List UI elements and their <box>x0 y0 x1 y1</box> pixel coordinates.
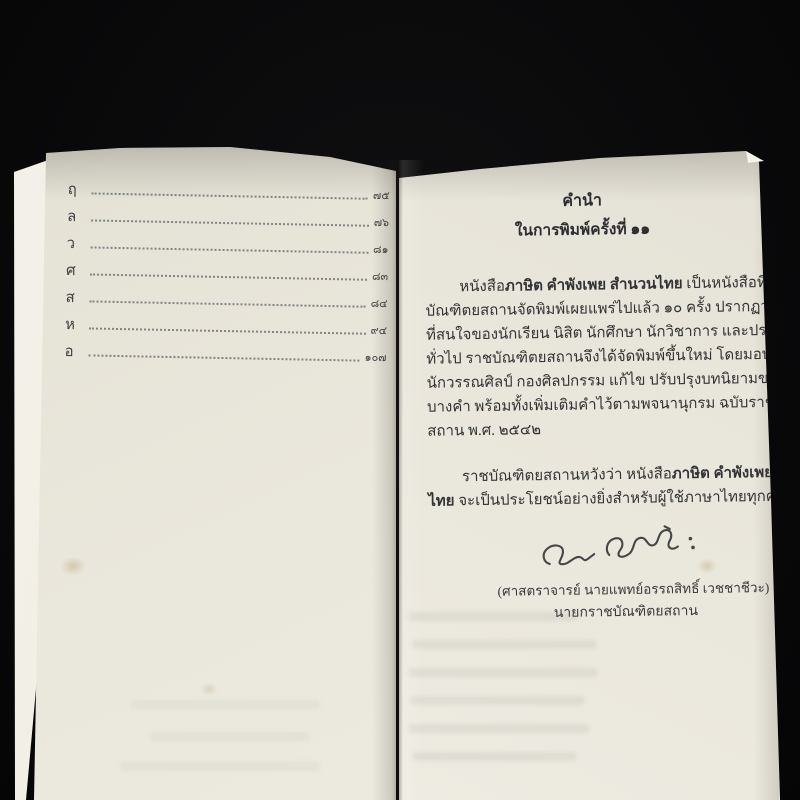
showthrough-text <box>408 724 590 733</box>
toc-letter: ล <box>67 208 83 226</box>
page-stain <box>200 682 218 696</box>
toc-dotted-leader <box>89 327 366 334</box>
toc-letter: ว <box>66 235 82 253</box>
signature <box>534 521 717 579</box>
paragraph-line: ไทย จะเป็นประโยชน์อย่างยิ่งสำหรับผู้ใช้ภ… <box>428 485 750 513</box>
toc-dotted-leader <box>91 246 369 253</box>
toc-letter: ฤ <box>67 181 83 199</box>
preface-content: คำนำ ในการพิมพ์ครั้งที่ ๑๑ หนังสือภาษิต … <box>406 187 764 628</box>
toc-dotted-leader <box>91 219 369 226</box>
showthrough-text <box>408 612 578 621</box>
toc-dotted-leader <box>88 354 359 361</box>
toc-letter: ศ <box>66 262 82 280</box>
paragraph-line: สถาน พ.ศ. ๒๕๔๒ <box>427 415 749 443</box>
showthrough-text <box>150 732 310 741</box>
gutter-shadow <box>372 160 424 800</box>
toc-letter: ห <box>65 316 81 334</box>
toc-dotted-leader <box>89 300 365 307</box>
preface-subtitle: ในการพิมพ์ครั้งที่ ๑๑ <box>406 215 758 246</box>
toc-row: อ๑๐๗ <box>64 334 386 367</box>
showthrough-text <box>408 668 598 677</box>
showthrough-text <box>412 640 597 649</box>
showthrough-text <box>410 696 585 705</box>
preface-paragraph-1: หนังสือภาษิต คำพังเพย สำนวนไทย เป็นหนังส… <box>407 271 749 444</box>
table-of-contents: ฤ๗๕ล๗๖ว๘๑ศ๘๓ส๘๔ห๙๔อ๑๐๗ <box>64 172 390 367</box>
toc-letter: ส <box>65 289 81 307</box>
paragraph-line: บางคำ พร้อมทั้งเพิ่มเติมคำไว้ตามพจนานุกร… <box>427 391 749 419</box>
showthrough-text <box>412 752 577 761</box>
book-photo: ฤ๗๕ล๗๖ว๘๑ศ๘๓ส๘๔ห๙๔อ๑๐๗ คำนำ ในการพิมพ์คร… <box>0 0 800 800</box>
showthrough-text <box>130 700 320 709</box>
page-stain <box>60 556 86 576</box>
toc-letter: อ <box>64 343 80 361</box>
showthrough-text <box>120 762 320 771</box>
toc-dotted-leader <box>90 273 367 280</box>
preface-paragraph-2: ราชบัณฑิตยสถานหวังว่า หนังสือภาษิต คำพัง… <box>410 461 751 514</box>
signer-name: (ศาสตราจารย์ นายแพทย์อรรถสิทธิ์ เวชชาชีว… <box>497 577 753 603</box>
toc-dotted-leader <box>92 192 368 199</box>
preface-title: คำนำ <box>406 187 758 216</box>
